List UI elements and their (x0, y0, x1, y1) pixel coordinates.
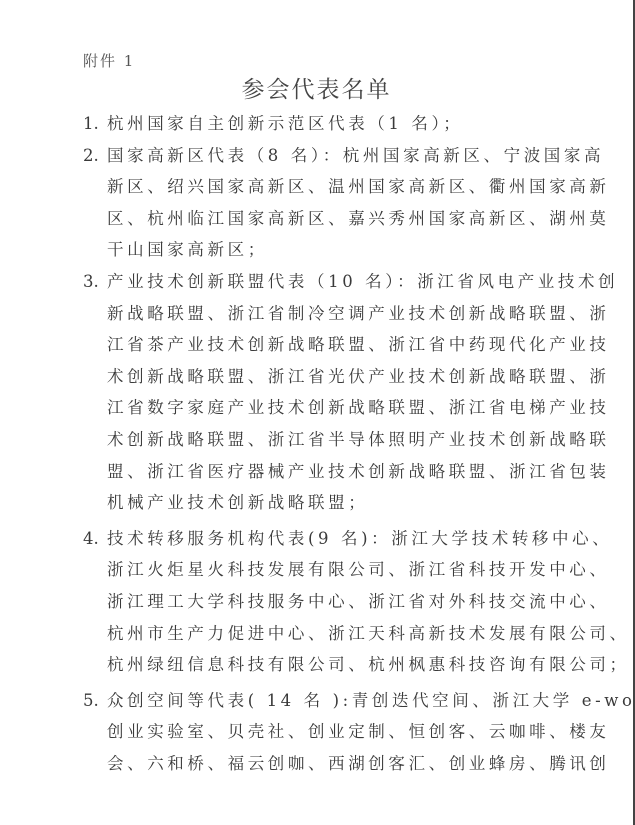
document-title: 参会代表名单 (0, 71, 633, 104)
item-line: 技术转移服务机构代表(9 名)：浙江大学技术转移中心、 (107, 523, 543, 555)
item-line: 新区、绍兴国家高新区、温州国家高新区、衢州国家高新 (107, 171, 543, 203)
item-line: 杭州市生产力促进中心、浙江天科高新技术发展有限公司、 (107, 618, 543, 650)
document-page: 附件 1 参会代表名单 1. 杭州国家自主创新示范区代表（1 名）； 2. 国家… (0, 0, 633, 825)
item-line: 术创新战略联盟、浙江省光伏产业技术创新战略联盟、浙 (107, 361, 543, 393)
item-line: 浙江火炬星火科技发展有限公司、浙江省科技开发中心、 (107, 554, 543, 586)
item-line: 创业实验室、贝壳社、创业定制、恒创客、云咖啡、楼友 (107, 716, 543, 748)
item-line: 国家高新区代表（8 名）：杭州国家高新区、宁波国家高 (107, 140, 543, 172)
item-number: 2. (83, 140, 99, 172)
item-line: 浙江理工大学科技服务中心、浙江省对外科技交流中心、 (107, 586, 543, 618)
item-line: 产业技术创新联盟代表（10 名）：浙江省风电产业技术创 (107, 266, 543, 298)
list-item-4: 4. 技术转移服务机构代表(9 名)：浙江大学技术转移中心、 浙江火炬星火科技发… (83, 523, 543, 681)
item-number: 1. (83, 108, 99, 140)
item-number: 5. (83, 685, 99, 717)
list-item-1: 1. 杭州国家自主创新示范区代表（1 名）； (83, 108, 543, 140)
item-line: 杭州国家自主创新示范区代表（1 名）； (107, 108, 543, 140)
item-line: 新战略联盟、浙江省制冷空调产业技术创新战略联盟、浙 (107, 298, 543, 330)
item-line: 干山国家高新区； (107, 234, 543, 266)
item-line: 众创空间等代表( 14 名 ):青创迭代空间、浙江大学 e-works (107, 685, 543, 717)
item-line: 机械产业技术创新战略联盟； (107, 487, 543, 519)
item-number: 4. (83, 523, 99, 555)
list-item-5: 5. 众创空间等代表( 14 名 ):青创迭代空间、浙江大学 e-works 创… (83, 685, 543, 780)
item-line: 杭州绿纽信息科技有限公司、杭州枫惠科技咨询有限公司； (107, 649, 543, 681)
attachment-label: 附件 1 (83, 50, 135, 71)
item-line: 术创新战略联盟、浙江省半导体照明产业技术创新战略联 (107, 424, 543, 456)
item-number: 3. (83, 266, 99, 298)
item-line: 区、杭州临江国家高新区、嘉兴秀州国家高新区、湖州莫 (107, 203, 543, 235)
item-line: 会、六和桥、福云创咖、西湖创客汇、创业蜂房、腾讯创 (107, 748, 543, 780)
list-item-2: 2. 国家高新区代表（8 名）：杭州国家高新区、宁波国家高 新区、绍兴国家高新区… (83, 140, 543, 266)
representative-list: 1. 杭州国家自主创新示范区代表（1 名）； 2. 国家高新区代表（8 名）：杭… (83, 108, 543, 779)
item-line: 江省茶产业技术创新战略联盟、浙江省中药现代化产业技 (107, 329, 543, 361)
item-line: 江省数字家庭产业技术创新战略联盟、浙江省电梯产业技 (107, 392, 543, 424)
list-item-3: 3. 产业技术创新联盟代表（10 名）：浙江省风电产业技术创 新战略联盟、浙江省… (83, 266, 543, 519)
item-line: 盟、浙江省医疗器械产业技术创新战略联盟、浙江省包装 (107, 456, 543, 488)
